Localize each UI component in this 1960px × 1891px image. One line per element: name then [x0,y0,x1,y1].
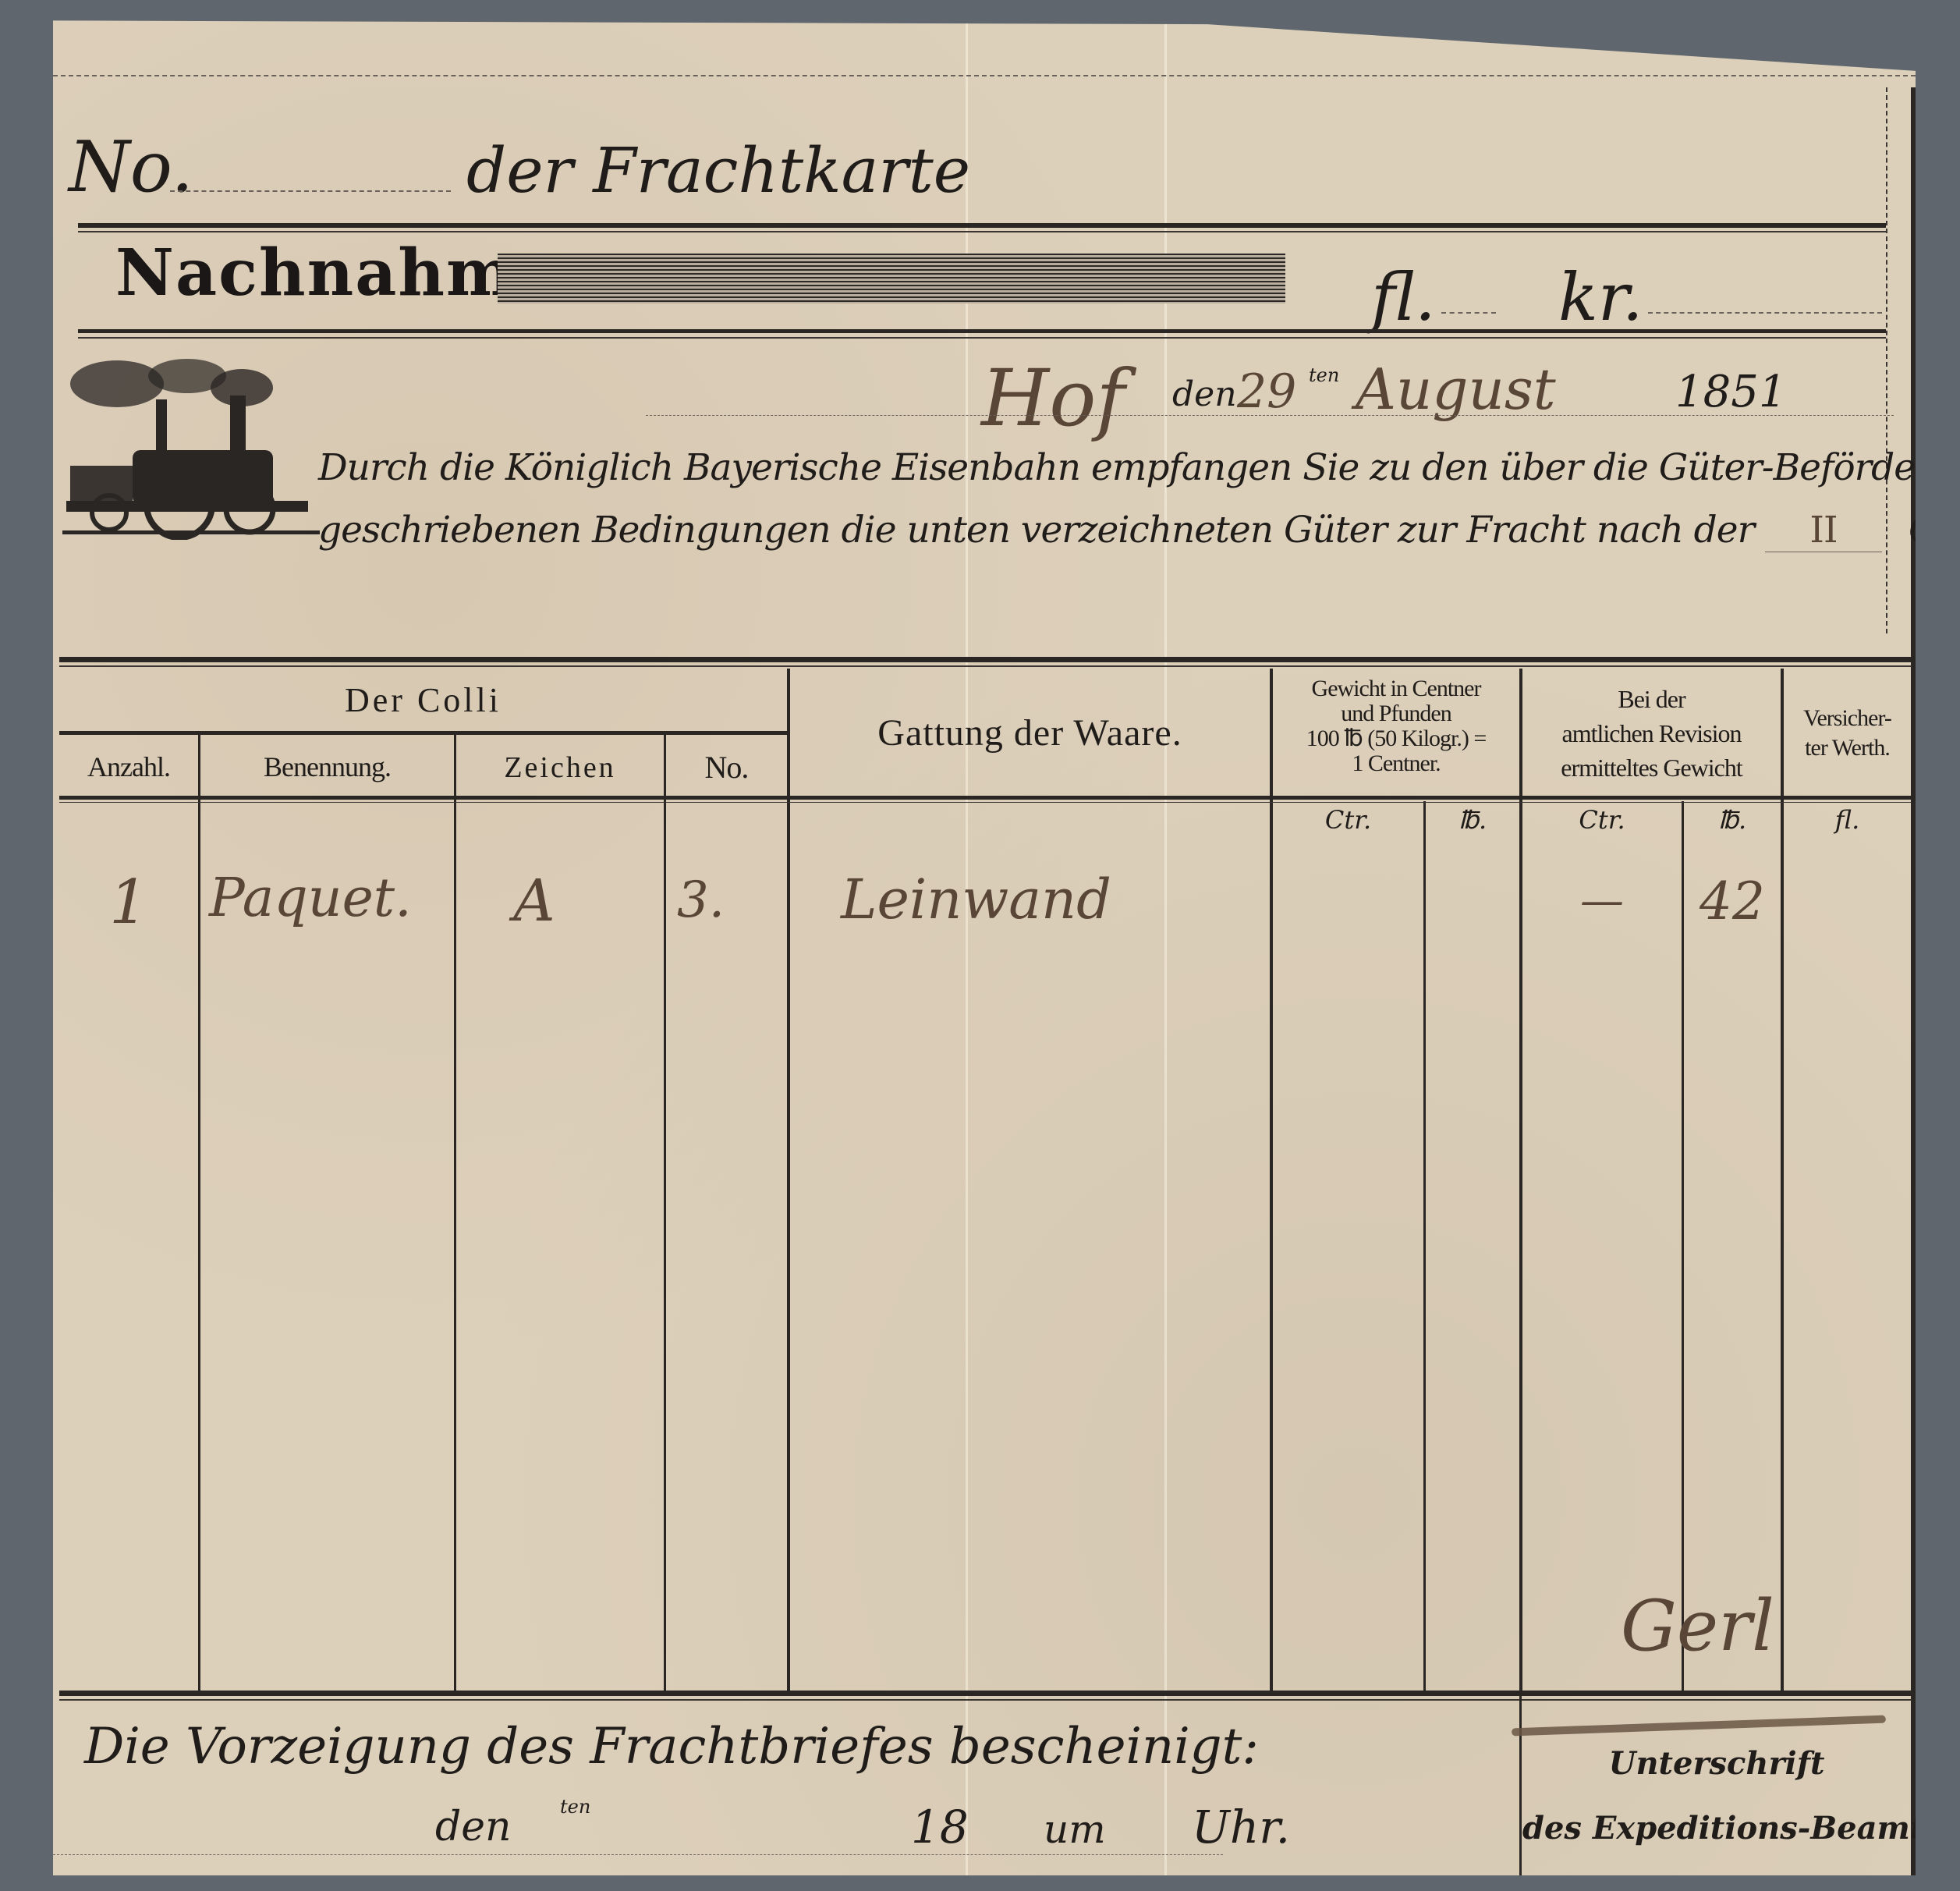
date-den: den [1172,374,1237,414]
footer-um: um [1044,1807,1106,1852]
colli-group-header: Der Colli [59,680,787,720]
footer-line-1: Die Vorzeigung des Frachtbriefes beschei… [84,1718,1259,1776]
signature-label-1: Unterschrift [1522,1745,1911,1782]
footer-year-prefix: 18 [911,1801,969,1854]
gewicht-header-line: 1 Centner. [1273,751,1519,776]
col-nummer-header: No. [666,749,787,786]
subcol-gew-ctr: Ctr. [1273,805,1423,835]
subcol-rev-lb: ℔. [1684,805,1781,835]
gewicht-header-line: Gewicht in Centner [1273,676,1519,701]
gewicht-header-line: 100 ℔ (50 Kilogr.) = [1273,726,1519,751]
signature-flourish [1512,1715,1886,1737]
currency-fl: fl. [1371,259,1436,335]
col-divider [1911,669,1914,1691]
document-title: der Frachtkarte [466,134,970,207]
fl-field-line [1441,312,1496,314]
frame-top [53,75,1916,76]
footer-line [53,1854,1223,1855]
rule [78,223,1886,228]
locomotive-icon [62,353,320,540]
col-divider [1682,801,1684,1691]
subcol-werth-fl: fl. [1784,805,1911,835]
table-bottom-rule [59,1691,1912,1696]
col-anzahl-header: Anzahl. [59,750,198,783]
subcol-gew-lb: ℔. [1426,805,1519,835]
cell-nummer: 3. [677,871,725,929]
cod-amount-field [498,254,1285,303]
date-day: 29 [1237,364,1296,419]
rule [59,802,1912,803]
revision-header-line: ermitteltes Gewicht [1522,750,1781,785]
rule [78,231,1886,232]
class-value: II [1765,509,1882,552]
footer-ten: ten [560,1796,590,1818]
cell-gattung: Leinwand [841,867,1111,931]
col-divider [1423,801,1426,1691]
date-month: August [1356,357,1556,422]
col-revision-header: Bei der amtlichen Revision ermitteltes G… [1522,682,1781,785]
rule [59,1699,1912,1701]
gewicht-header-line: und Pfunden [1273,701,1519,726]
body-line-2: geschriebenen Bedingungen die unten verz… [318,509,1960,552]
cell-anzahl: 1 [59,867,198,938]
body-line-1: Durch die Königlich Bayerische Eisenbahn… [318,446,1960,489]
revision-header-line: Bei der [1522,682,1781,716]
col-gewicht-header: Gewicht in Centner und Pfunden 100 ℔ (50… [1273,676,1519,776]
col-benennung-header: Benennung. [200,750,454,783]
subcol-rev-ctr: Ctr. [1522,805,1682,835]
classe-label: Classe. [1909,509,1960,552]
cell-benennung: Paquet. [209,867,412,929]
cell-zeichen: A [456,867,612,935]
rule [78,329,1886,333]
body-line-2-text: geschriebenen Bedingungen die unten verz… [318,509,1754,552]
date-ten: ten [1309,364,1339,386]
rule [78,337,1886,339]
werth-header-line: Versicher- [1784,704,1911,733]
cod-label: Nachnahme [115,236,558,310]
rule [59,731,787,735]
werth-header-line: ter Werth. [1784,733,1911,763]
footer-uhr: Uhr. [1192,1801,1290,1854]
signature-handwritten: Gerl [1621,1585,1774,1667]
col-divider [664,735,666,1691]
col-gattung-header: Gattung der Waare. [790,711,1270,754]
signature-label-2: des Expeditions-Beamten. [1522,1810,1911,1847]
header-bottom-rule [59,796,1912,800]
freight-document: No. der Frachtkarte Nachnahme fl. kr. [53,9,1916,1875]
rule [59,665,1912,667]
col-divider [787,669,790,1691]
cell-rev-ctr: — [1522,875,1682,926]
kr-field-line [1648,312,1882,314]
cell-rev-lb: 42 [1684,871,1781,931]
number-label: No. [69,126,193,208]
revision-header-line: amtlichen Revision [1522,716,1781,750]
col-divider [1519,1696,1522,1875]
currency-kr: kr. [1558,259,1643,335]
col-werth-header: Versicher- ter Werth. [1784,704,1911,763]
number-field-line [170,190,451,192]
col-divider [198,735,200,1691]
place-handwritten: Hof [981,353,1125,444]
col-zeichen-header: Zeichen [456,750,664,785]
footer-den: den [435,1804,512,1850]
table-top-rule [59,657,1912,662]
date-line [646,415,1894,416]
date-year: 1851 [1675,367,1787,417]
